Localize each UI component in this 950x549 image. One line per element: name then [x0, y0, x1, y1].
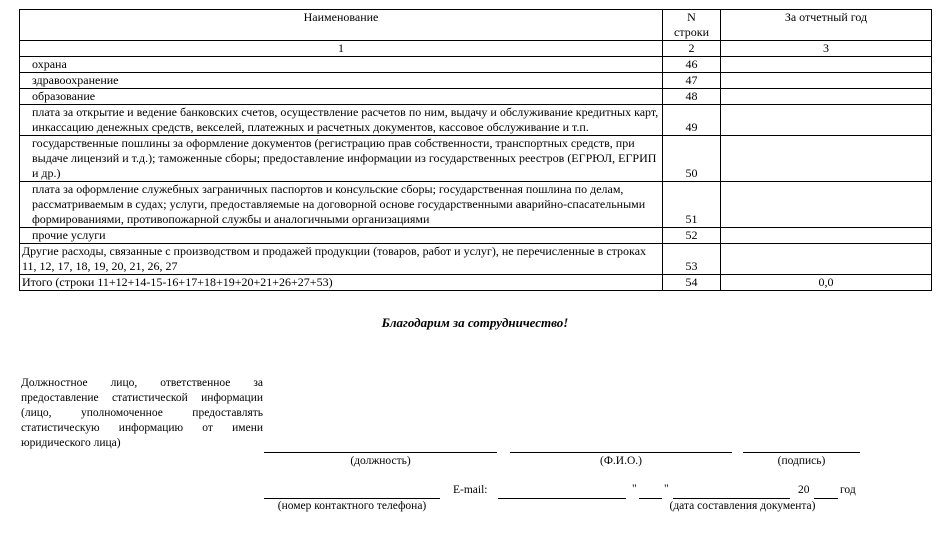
year-suffix: год [840, 484, 856, 496]
date-close-quote: " [664, 483, 669, 495]
row-line-number: 50 [663, 136, 721, 182]
phone-field[interactable] [264, 498, 440, 499]
position-field[interactable] [264, 452, 497, 453]
row-line-number: 49 [663, 105, 721, 136]
date-caption: (дата составления документа) [650, 500, 835, 512]
row-name: плата за оформление служебных заграничны… [20, 182, 663, 228]
index-col-3: 3 [721, 41, 932, 57]
row-value-cell[interactable] [721, 136, 932, 182]
row-line-number: 46 [663, 57, 721, 73]
signature-caption: (подпись) [743, 455, 860, 467]
day-field[interactable] [639, 498, 662, 499]
header-name: Наименование [20, 10, 663, 41]
row-name: охрана [20, 57, 663, 73]
row-line-number: 47 [663, 73, 721, 89]
thanks-message: Благодарим за сотрудничество! [0, 315, 950, 331]
row-value-cell[interactable] [721, 57, 932, 73]
report-table: Наименование Nстроки За отчетный год 1 2… [19, 9, 932, 291]
index-col-2: 2 [663, 41, 721, 57]
month-field[interactable] [673, 498, 790, 499]
row-value-cell[interactable] [721, 73, 932, 89]
table-header-row: Наименование Nстроки За отчетный год [20, 10, 932, 41]
table-row: плата за оформление служебных заграничны… [20, 182, 932, 228]
row-value-cell[interactable] [721, 89, 932, 105]
table-row: плата за открытие и ведение банковских с… [20, 105, 932, 136]
position-caption: (должность) [264, 455, 497, 467]
email-label: E-mail: [453, 484, 488, 496]
row-value-cell[interactable] [721, 244, 932, 275]
date-open-quote: " [632, 483, 637, 495]
row-name: Другие расходы, связанные с производство… [20, 244, 663, 275]
row-name: государственные пошлины за оформление до… [20, 136, 663, 182]
table-row: Другие расходы, связанные с производство… [20, 244, 932, 275]
row-value-cell[interactable] [721, 228, 932, 244]
signature-field[interactable] [743, 452, 860, 453]
row-value-cell[interactable] [721, 105, 932, 136]
header-period: За отчетный год [721, 10, 932, 41]
table-row: образование48 [20, 89, 932, 105]
row-line-number: 48 [663, 89, 721, 105]
row-name: здравоохранение [20, 73, 663, 89]
row-line-number: 53 [663, 244, 721, 275]
row-line-number: 51 [663, 182, 721, 228]
phone-caption: (номер контактного телефона) [264, 500, 440, 512]
year-prefix: 20 [798, 484, 810, 496]
row-name: Итого (строки 11+12+14-15-16+17+18+19+20… [20, 275, 663, 291]
row-line-number: 52 [663, 228, 721, 244]
table-row: прочие услуги52 [20, 228, 932, 244]
row-value-cell[interactable] [721, 182, 932, 228]
responsible-person-label: Должностное лицо, ответственное за предо… [21, 376, 263, 451]
row-line-number: 54 [663, 275, 721, 291]
row-name: прочие услуги [20, 228, 663, 244]
header-line-no: Nстроки [663, 10, 721, 41]
table-row: здравоохранение47 [20, 73, 932, 89]
row-value-cell[interactable]: 0,0 [721, 275, 932, 291]
table-row: государственные пошлины за оформление до… [20, 136, 932, 182]
year-field[interactable] [814, 498, 838, 499]
fio-field[interactable] [510, 452, 732, 453]
email-field[interactable] [498, 498, 626, 499]
index-col-1: 1 [20, 41, 663, 57]
row-name: образование [20, 89, 663, 105]
row-name: плата за открытие и ведение банковских с… [20, 105, 663, 136]
table-row: Итого (строки 11+12+14-15-16+17+18+19+20… [20, 275, 932, 291]
table-row: охрана46 [20, 57, 932, 73]
table-index-row: 1 2 3 [20, 41, 932, 57]
fio-caption: (Ф.И.О.) [510, 455, 732, 467]
